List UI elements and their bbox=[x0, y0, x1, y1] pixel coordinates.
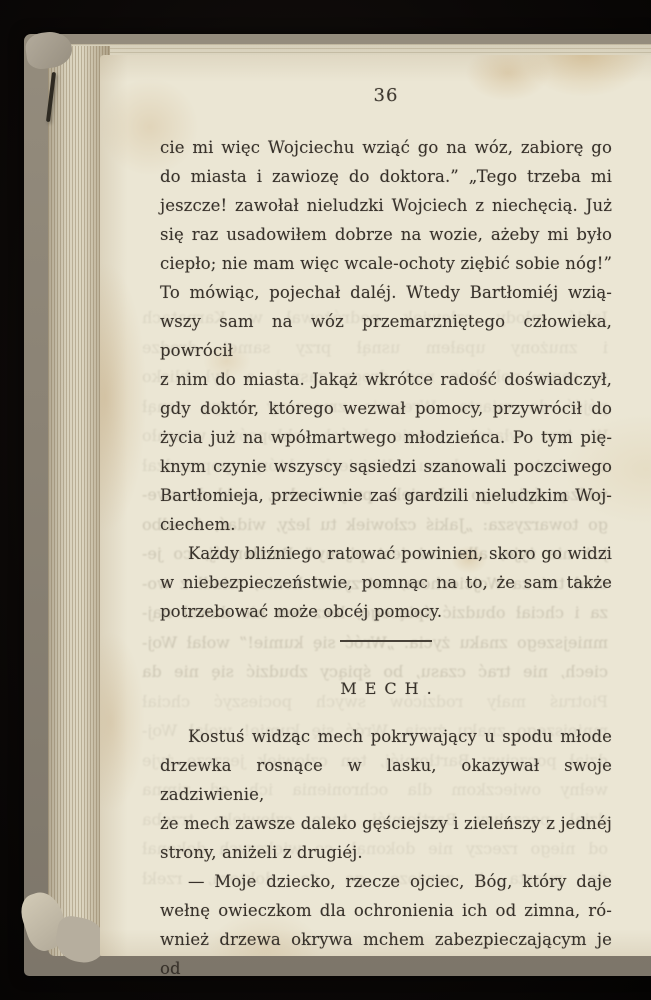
paragraph: Kostuś widząc mech pokrywający u spodu m… bbox=[160, 722, 612, 867]
text-line: Bartłomieja, przeciwnie zaś gardzili nie… bbox=[160, 481, 612, 510]
text-line: ciechem. bbox=[160, 510, 612, 539]
section-title: MECH. bbox=[160, 678, 612, 700]
text-line: knym czynie wszyscy sąsiedzi szanowali p… bbox=[160, 452, 612, 481]
text-line: To mówiąc, pojechał daléj. Wtedy Bartłom… bbox=[160, 278, 612, 307]
text-line: że mech zawsze daleko gęściejszy i ziele… bbox=[160, 809, 612, 838]
paragraph: cie mi więc Wojciechu wziąć go na wóz, z… bbox=[160, 133, 612, 539]
text-line: życia już na wpółmartwego młodzieńca. Po… bbox=[160, 423, 612, 452]
text-line: Każdy bliźniego ratować powinien, skoro … bbox=[160, 539, 612, 568]
text-line: drzewka rosnące w lasku, okazywał swoje … bbox=[160, 751, 612, 809]
text-line: z nim do miasta. Jakąż wkrótce radość do… bbox=[160, 365, 612, 394]
text-line: wszy sam na wóz przemarzniętego człowiek… bbox=[160, 307, 612, 365]
text-line: do miasta i zawiozę do doktora.” „Tego t… bbox=[160, 162, 612, 191]
text-line: — Moje dziecko, rzecze ojciec, Bóg, któr… bbox=[160, 867, 612, 896]
page-number: 36 bbox=[160, 85, 612, 106]
text-line: jeszcze! zawołał nieludzki Wojciech z ni… bbox=[160, 191, 612, 220]
paragraph: — Moje dziecko, rzecze ojciec, Bóg, któr… bbox=[160, 867, 612, 983]
text-line: wełnę owieczkom dla ochronienia ich od z… bbox=[160, 896, 612, 925]
text-line: się raz usadowiłem dobrze na wozie, ażeb… bbox=[160, 220, 612, 249]
story-ending-paragraphs: cie mi więc Wojciechu wziąć go na wóz, z… bbox=[160, 133, 612, 626]
text-line: cie mi więc Wojciechu wziąć go na wóz, z… bbox=[160, 133, 612, 162]
text-line: ciepło; nie mam więc wcale-ochoty ziębić… bbox=[160, 249, 612, 278]
text-line: gdy doktór, którego wezwał pomocy, przyw… bbox=[160, 394, 612, 423]
section-paragraphs: Kostuś widząc mech pokrywający u spodu m… bbox=[160, 722, 612, 983]
page-text-block: cie mi więc Wojciechu wziąć go na wóz, z… bbox=[160, 133, 612, 983]
text-line: potrzebować może obcéj pomocy. bbox=[160, 597, 612, 626]
text-line: wnież drzewa okrywa mchem zabezpieczając… bbox=[160, 925, 612, 983]
paragraph: Każdy bliźniego ratować powinien, skoro … bbox=[160, 539, 612, 626]
section-divider-rule bbox=[340, 640, 432, 642]
book-page: Jakiś młody człowiek podróżował w Karpat… bbox=[100, 55, 651, 956]
text-line: w niebezpieczeństwie, pomnąc na to, że s… bbox=[160, 568, 612, 597]
text-line: strony, aniżeli z drugiéj. bbox=[160, 838, 612, 867]
text-line: Kostuś widząc mech pokrywający u spodu m… bbox=[160, 722, 612, 751]
